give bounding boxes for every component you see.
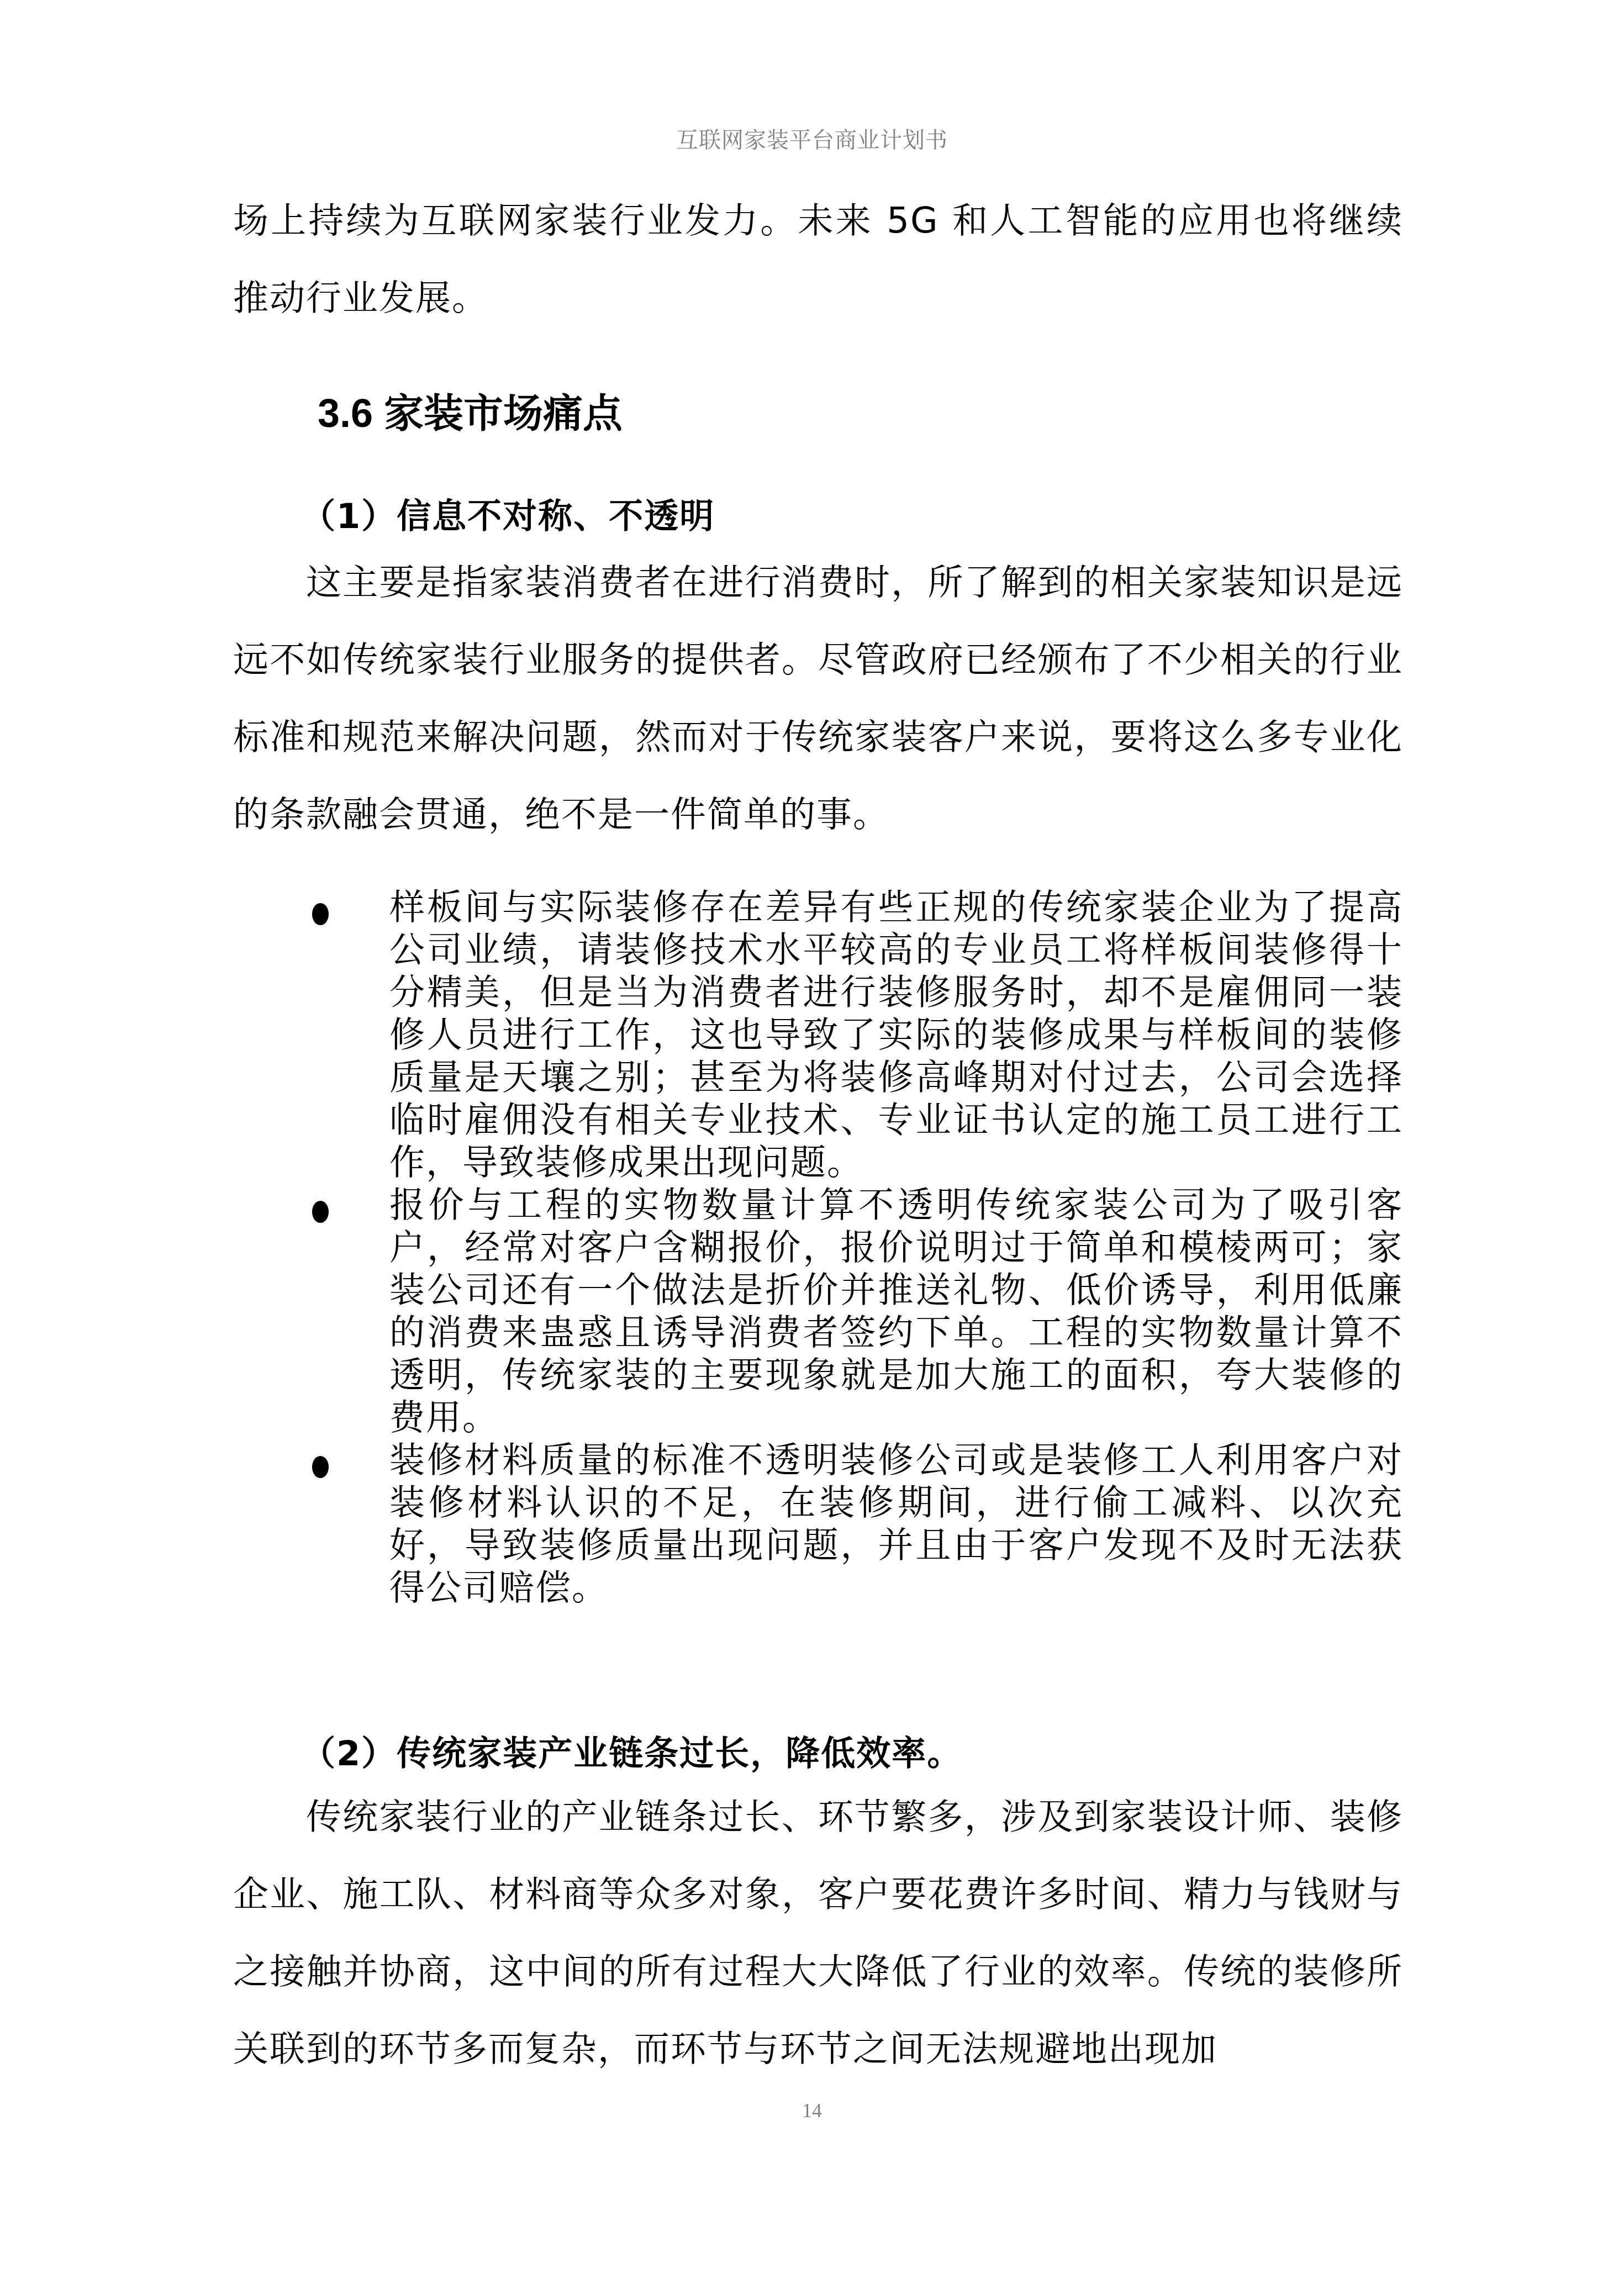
bullet-icon <box>312 903 329 925</box>
subsection-1-paragraph: 这主要是指家装消费者在进行消费时，所了解到的相关家装知识是远远不如传统家装行业服… <box>233 544 1403 853</box>
subsection-title-2: （2）传统家装产业链条过长，降低效率。 <box>301 1726 962 1775</box>
bullet-text: 装修材料质量的标准不透明装修公司或是装修工人利用客户对装修材料认识的不足，在装修… <box>389 1439 1403 1610</box>
list-item: 报价与工程的实物数量计算不透明传统家装公司为了吸引客户，经常对客户含糊报价，报价… <box>301 1184 1403 1439</box>
list-item: 装修材料质量的标准不透明装修公司或是装修工人利用客户对装修材料认识的不足，在装修… <box>301 1439 1403 1610</box>
bullet-icon <box>312 1456 329 1478</box>
bullet-icon <box>312 1201 329 1223</box>
section-title: 3.6 家装市场痛点 <box>318 381 623 439</box>
bullet-text: 报价与工程的实物数量计算不透明传统家装公司为了吸引客户，经常对客户含糊报价，报价… <box>389 1184 1403 1439</box>
page-number: 14 <box>0 2099 1624 2122</box>
intro-paragraph: 场上持续为互联网家装行业发力。未来 5G 和人工智能的应用也将继续推动行业发展。 <box>233 182 1403 337</box>
page-header: 互联网家装平台商业计划书 <box>0 123 1624 154</box>
bullet-text: 样板间与实际装修存在差异有些正规的传统家装企业为了提高公司业绩，请装修技术水平较… <box>389 887 1403 1184</box>
list-item: 样板间与实际装修存在差异有些正规的传统家装企业为了提高公司业绩，请装修技术水平较… <box>301 887 1403 1184</box>
bullet-list: 样板间与实际装修存在差异有些正规的传统家装企业为了提高公司业绩，请装修技术水平较… <box>301 887 1403 1610</box>
subsection-2-paragraph: 传统家装行业的产业链条过长、环节繁多，涉及到家装设计师、装修企业、施工队、材料商… <box>233 1779 1403 2088</box>
subsection-title-1: （1）信息不对称、不透明 <box>301 489 715 538</box>
